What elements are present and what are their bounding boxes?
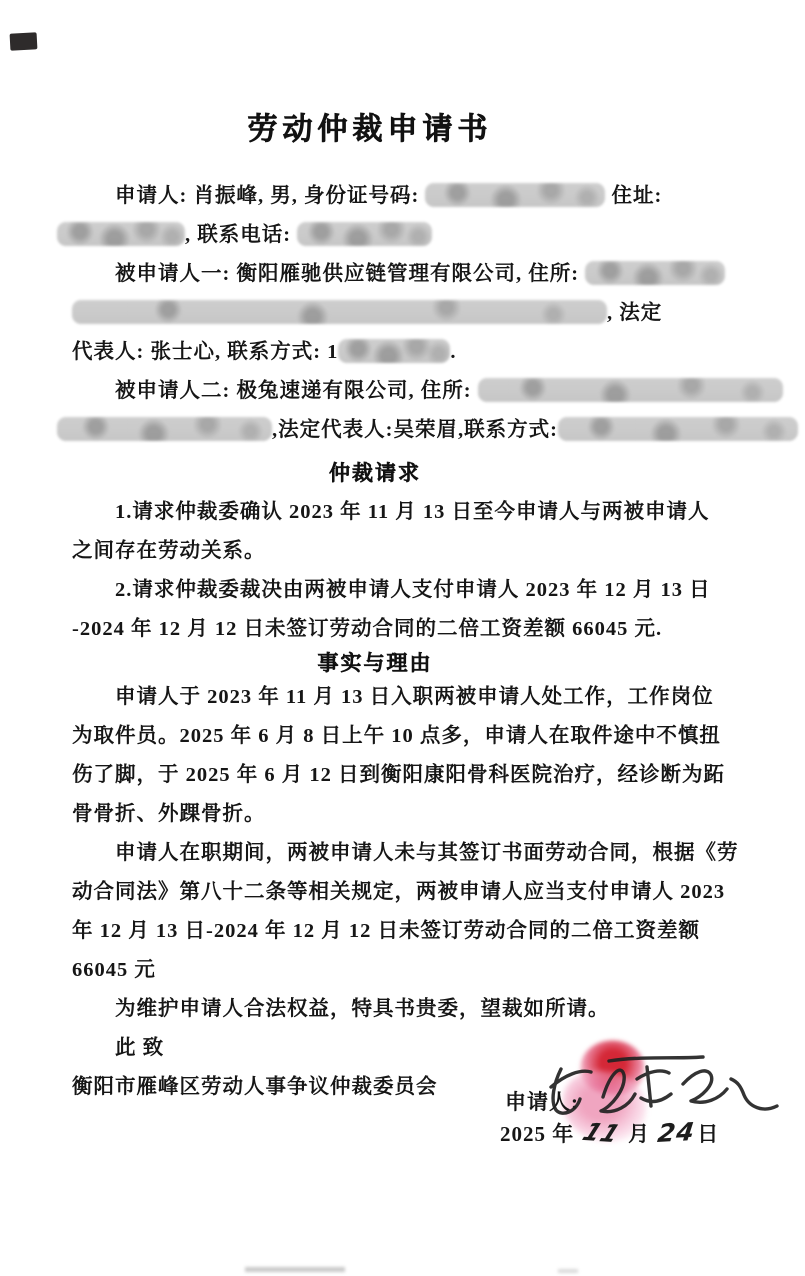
date-month-handwritten: 11 (578, 1118, 625, 1148)
legal-rep-prefix: , 法定 (607, 302, 662, 324)
scanned-document-page: 劳动仲裁申请书 申请人: 肖振峰, 男, 身份证号码: 住址: , 联系电话: … (0, 0, 805, 1276)
request-item2-line1: 2.请求仲裁委裁决由两被申请人支付申请人 2023 年 12 月 13 日 (72, 575, 805, 607)
request-section-heading: 仲裁请求 (72, 458, 678, 490)
scan-bottom-smudge-small (558, 1269, 578, 1273)
redaction-respondent2-address2 (57, 417, 272, 441)
facts-para2-line2: 动合同法》第八十二条等相关规定，两被申请人应当支付申请人 2023 (72, 877, 762, 909)
redaction-respondent2-address (478, 378, 783, 402)
request-item1-line2: 之间存在劳动关系。 (72, 536, 762, 568)
redaction-address (57, 222, 185, 246)
request-item1-line1: 1.请求仲裁委确认 2023 年 11 月 13 日至今申请人与两被申请人 (72, 497, 805, 529)
applicant-line-2: , 联系电话: (72, 220, 762, 252)
applicant-line-1: 申请人: 肖振峰, 男, 身份证号码: 住址: (72, 181, 805, 213)
respondent1-text: 被申请人一: 衡阳雁驰供应链管理有限公司, 住所: (115, 263, 585, 285)
closing-statement: 为维护申请人合法权益，特具书贵委，望裁如所请。 (72, 994, 805, 1026)
respondent1-line-2: , 法定 (72, 298, 762, 330)
respondent1-line-3: 代表人: 张士心, 联系方式: 1. (72, 337, 762, 369)
legal-rep-text: 代表人: 张士心, 联系方式: 1 (72, 341, 338, 363)
request-item2-line2: -2024 年 12 月 12 日未签订劳动合同的二倍工资差额 66045 元. (72, 614, 762, 646)
scan-bottom-smudge (245, 1267, 345, 1272)
facts-para2-line3: 年 12 月 13 日-2024 年 12 月 12 日未签订劳动合同的二倍工资… (72, 916, 762, 948)
document-title: 劳动仲裁申请书 (0, 104, 740, 148)
redaction-respondent1-address (585, 261, 725, 285)
facts-para1-line3: 伤了脚，于 2025 年 6 月 12 日到衡阳康阳骨科医院治疗，经诊断为跖 (72, 760, 762, 792)
facts-para1-line1: 申请人于 2023 年 11 月 13 日入职两被申请人处工作，工作岗位 (72, 682, 805, 714)
date-day-unit: 日 (697, 1122, 719, 1146)
respondent2-line-2: ,法定代表人:吴荣眉,联系方式: (72, 415, 762, 447)
address-label: 住址: (605, 185, 662, 207)
respondent2-text: 被申请人二: 极兔速递有限公司, 住所: (115, 380, 478, 402)
legal-rep2-text: ,法定代表人:吴荣眉,联系方式: (272, 419, 558, 441)
applicant-id-text: 申请人: 肖振峰, 男, 身份证号码: (115, 185, 425, 207)
facts-para1-line4: 骨骨折、外踝骨折。 (72, 799, 762, 831)
phone-label: , 联系电话: (185, 224, 297, 246)
period-text: . (450, 341, 456, 363)
facts-para2-line1: 申请人在职期间，两被申请人未与其签订书面劳动合同，根据《劳 (72, 838, 805, 870)
respondent2-line-1: 被申请人二: 极兔速递有限公司, 住所: (72, 376, 805, 408)
respondent1-line-1: 被申请人一: 衡阳雁驰供应链管理有限公司, 住所: (72, 259, 805, 291)
facts-para2-line4: 66045 元 (72, 955, 762, 987)
date-month-unit: 月 (628, 1122, 650, 1146)
redaction-phone (297, 222, 432, 246)
facts-section-heading: 事实与理由 (72, 648, 678, 680)
date-day-handwritten: 24 (656, 1117, 697, 1148)
signature-date: 2025 年 11 月 24日 (500, 1118, 719, 1148)
facts-para1-line2: 为取件员。2025 年 6 月 8 日上午 10 点多，申请人在取件途中不慎扭 (72, 721, 762, 753)
scan-artifact-mark (10, 32, 38, 50)
date-year-text: 2025 年 (500, 1122, 574, 1146)
redaction-rep2-phone (558, 417, 798, 441)
redaction-id-number (425, 183, 605, 207)
redaction-rep-phone (338, 339, 450, 363)
redaction-respondent1-address2 (72, 300, 607, 324)
